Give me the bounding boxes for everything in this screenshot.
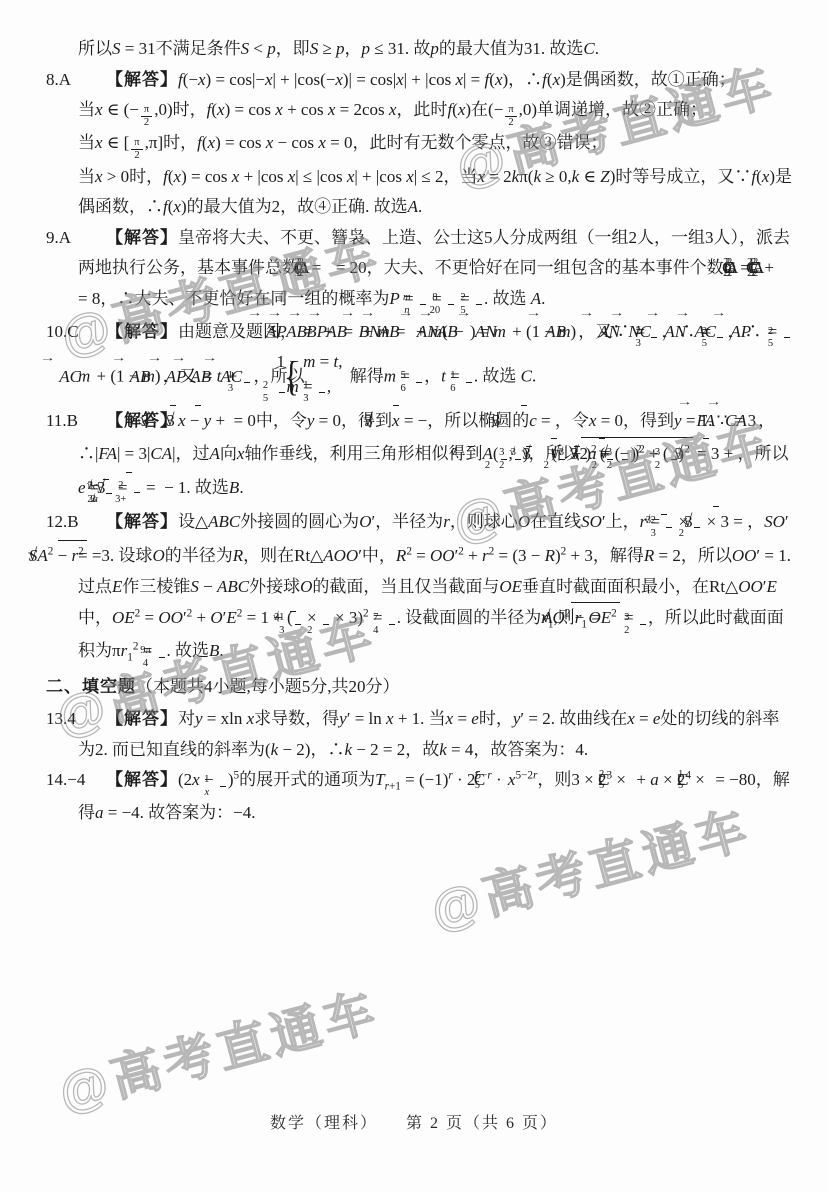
solution-label: 【解答】 bbox=[106, 709, 178, 728]
numerator: 1 bbox=[466, 370, 472, 382]
denominator: 2 bbox=[323, 624, 329, 637]
fraction: √32 bbox=[323, 611, 329, 637]
numerator: √3 bbox=[323, 611, 329, 624]
square-root: √AO2 − OE2 bbox=[605, 602, 620, 634]
answer-number: 11.B bbox=[46, 406, 106, 437]
numerator: √3 bbox=[694, 514, 700, 527]
answer-paragraph: 当x ∈ [π2,π]时，f(x) = cos x − cos x = 0，此时… bbox=[78, 128, 792, 161]
radicand: 3 bbox=[126, 472, 132, 504]
numerator: 2√3 bbox=[134, 479, 140, 492]
fraction: 13 bbox=[319, 380, 325, 405]
numerator: m bbox=[420, 292, 426, 304]
fraction: 9π4 bbox=[159, 645, 165, 670]
solution-label: 【解答】 bbox=[106, 228, 178, 247]
numerator: 2 bbox=[717, 326, 723, 338]
radicand: SA2 − r2 bbox=[58, 540, 87, 572]
answer-number: 8.A bbox=[46, 65, 106, 96]
numerator: π bbox=[141, 104, 152, 116]
denominator: 2 bbox=[515, 459, 521, 472]
solution-label: 【解答】 bbox=[106, 770, 178, 789]
radicand: (√32 − √3)2 + (32)2 bbox=[629, 437, 693, 472]
radicand: 3 bbox=[661, 514, 667, 527]
answer-number: 12.B bbox=[46, 507, 106, 538]
numerator: √3 bbox=[607, 446, 613, 459]
answer-number: 9.A bbox=[46, 223, 106, 254]
fraction: √32 bbox=[694, 514, 700, 540]
denominator: 3 bbox=[295, 624, 301, 637]
equation-system: {1 − m = t,25m = 13, bbox=[308, 350, 343, 405]
denominator: 2 bbox=[559, 459, 565, 472]
fraction: 25 bbox=[717, 326, 723, 351]
fraction: π2 bbox=[131, 137, 142, 162]
answer-paragraph: 10.C【解答】由题意及题图，AP→ = AB→ + BP→ = AB→ + m… bbox=[78, 317, 792, 405]
combinatoric-symbol: A22 bbox=[330, 253, 332, 284]
fraction: √32 bbox=[607, 446, 613, 472]
numerator: 9π bbox=[159, 645, 165, 657]
solution-label: 【解答】 bbox=[106, 512, 178, 531]
equation-rows: 1 − m = t,25m = 13, bbox=[309, 350, 343, 405]
fraction: 1x bbox=[220, 774, 226, 799]
denominator: 3 bbox=[244, 382, 250, 395]
equation-row: 1 − m = t, bbox=[309, 350, 343, 375]
answer-paragraph: 12.B【解答】设△ABC外接圆的圆心为O′，半径为r，则球心O在直线SO′上，… bbox=[78, 506, 792, 670]
answer-paragraph: 14.−4【解答】(2x − 1x)5的展开式的通项为Tr+1 = (−1)r … bbox=[78, 765, 792, 829]
denominator: 3 bbox=[666, 527, 672, 540]
answer-paragraph: 11.B【解答】x − √3y + √3 = 0中，令y = 0，得到x = −… bbox=[78, 405, 792, 506]
numerator: 1 bbox=[319, 380, 325, 392]
numerator: 7 bbox=[389, 612, 395, 624]
denominator: 3 bbox=[319, 392, 325, 405]
fraction: 32 bbox=[640, 612, 646, 637]
fraction: π2 bbox=[505, 104, 516, 129]
answer-item: 13.4【解答】对y = xln x求导数，得y′ = ln x + 1. 当x… bbox=[46, 704, 792, 765]
numerator: 2 bbox=[476, 292, 482, 304]
denominator: 3 bbox=[651, 337, 657, 350]
combinatoric-symbol: C25 bbox=[630, 765, 632, 796]
numerator: 5 bbox=[416, 370, 422, 382]
denominator: 2 bbox=[141, 116, 152, 129]
answer-number: 10.C bbox=[46, 317, 106, 348]
fraction: π2 bbox=[141, 104, 152, 129]
answer-item: 12.B【解答】设△ABC外接圆的圆心为O′，半径为r，则球心O在直线SO′上，… bbox=[46, 506, 792, 670]
denominator: 5 bbox=[784, 337, 790, 350]
section-title: 二、填空题 bbox=[46, 677, 136, 696]
radicand: 3 bbox=[393, 405, 399, 437]
denominator: 2 bbox=[607, 459, 613, 472]
answer-paragraph: 所以S = 31不满足条件S < p，即S ≥ p，p ≤ 31. 故p的最大值… bbox=[78, 34, 792, 65]
radicand: 3 bbox=[106, 493, 112, 506]
denominator: 6 bbox=[416, 382, 422, 395]
page-footer: 数学（理科） 第 2 页（共 6 页） bbox=[0, 1110, 828, 1133]
fraction: 74 bbox=[389, 612, 395, 637]
denominator: 5 bbox=[476, 304, 482, 317]
denominator: 4 bbox=[159, 657, 165, 670]
numerator: 2 bbox=[784, 326, 790, 338]
fraction: 16 bbox=[466, 370, 472, 395]
answer-item: 8.A【解答】f(−x) = cos|−x| + |cos(−x)| = cos… bbox=[46, 65, 792, 223]
answer-item: 10.C【解答】由题意及题图，AP→ = AB→ + BP→ = AB→ + m… bbox=[46, 317, 792, 405]
fraction: 2√33+√3 bbox=[134, 479, 140, 506]
equation-row: 25m = 13, bbox=[309, 375, 343, 405]
section-note: （本题共4小题,每小题5分,共20分） bbox=[136, 677, 400, 696]
answer-paragraph: 当x > 0时，f(x) = cos x + |cos x| ≤ |cos x|… bbox=[78, 162, 792, 223]
answer-item: 11.B【解答】x − √3y + √3 = 0中，令y = 0，得到x = −… bbox=[46, 405, 792, 506]
answer-item: 14.−4【解答】(2x − 1x)5的展开式的通项为Tr+1 = (−1)r … bbox=[46, 765, 792, 829]
denominator: 4 bbox=[389, 624, 395, 637]
footer-text: 数学（理科） 第 2 页（共 6 页） bbox=[270, 1115, 558, 1132]
section-heading: 二、填空题（本题共4小题,每小题5分,共20分） bbox=[46, 672, 792, 703]
answer-paragraph: 8.A【解答】f(−x) = cos|−x| + |cos(−x)| = cos… bbox=[78, 65, 792, 96]
fraction: 13 bbox=[244, 370, 250, 395]
solution-label: 【解答】 bbox=[106, 70, 178, 89]
radicand: 3 bbox=[290, 611, 296, 624]
fraction: 56 bbox=[416, 370, 422, 395]
numerator: 3 bbox=[640, 612, 646, 624]
numerator: 8 bbox=[448, 292, 454, 304]
radicand: AO2 − OE2 bbox=[571, 602, 620, 634]
fraction: 23 bbox=[651, 326, 657, 351]
numerator: π bbox=[131, 137, 142, 149]
fraction: 25 bbox=[784, 326, 790, 351]
radicand: 3 bbox=[713, 506, 719, 538]
radicand: 3 bbox=[195, 405, 201, 437]
denominator: 6 bbox=[466, 382, 472, 395]
denominator: x bbox=[220, 786, 226, 799]
combinatoric-symbol: C15 bbox=[709, 765, 711, 796]
combinatoric-symbol: A22 bbox=[784, 253, 786, 284]
numerator: 2 bbox=[651, 326, 657, 338]
answer-number: 14.−4 bbox=[46, 765, 106, 796]
radicand: 3 bbox=[468, 446, 474, 459]
exam-answer-page: @高考直通车@高考直通车@高考直通车@高考直通车@高考直通车@高考直通车 所以S… bbox=[0, 0, 828, 1192]
numerator: 1 bbox=[244, 370, 250, 382]
radicand: 3 bbox=[703, 438, 709, 470]
answer-paragraph: 13.4【解答】对y = xln x求导数，得y′ = ln x + 1. 当x… bbox=[78, 704, 792, 765]
denominator: 2 bbox=[694, 527, 700, 540]
denominator: 3+√3 bbox=[134, 492, 140, 506]
answer-item: 所以S = 31不满足条件S < p，即S ≥ p，p ≤ 31. 故p的最大值… bbox=[46, 34, 792, 65]
answer-paragraph: 当x ∈ (−π2,0)时，f(x) = cos x + cos x = 2co… bbox=[78, 95, 792, 128]
denominator: 2 bbox=[131, 149, 142, 162]
solution-label: 【解答】 bbox=[106, 322, 178, 341]
denominator: 20 bbox=[448, 304, 454, 317]
answer-number: 13.4 bbox=[46, 704, 106, 735]
numerator: 1 bbox=[220, 774, 226, 786]
fraction: 820 bbox=[448, 292, 454, 317]
fraction: 25 bbox=[476, 292, 482, 317]
answer-paragraph: 9.A【解答】皇帝将大夫、不更、簪袅、上造、公士这5人分成两组（一组2人，一组3… bbox=[78, 223, 792, 317]
denominator: 2 bbox=[640, 624, 646, 637]
denominator: 2 bbox=[505, 116, 516, 129]
watermark: @高考直通车 bbox=[50, 971, 386, 1126]
answer-item: 9.A【解答】皇帝将大夫、不更、簪袅、上造、公士这5人分成两组（一组2人，一组3… bbox=[46, 223, 792, 317]
radicand: 3 bbox=[521, 405, 527, 437]
denominator: 5 bbox=[717, 337, 723, 350]
answers-content: 所以S = 31不满足条件S < p，即S ≥ p，p ≤ 31. 故p的最大值… bbox=[0, 34, 828, 829]
numerator: π bbox=[505, 104, 516, 116]
